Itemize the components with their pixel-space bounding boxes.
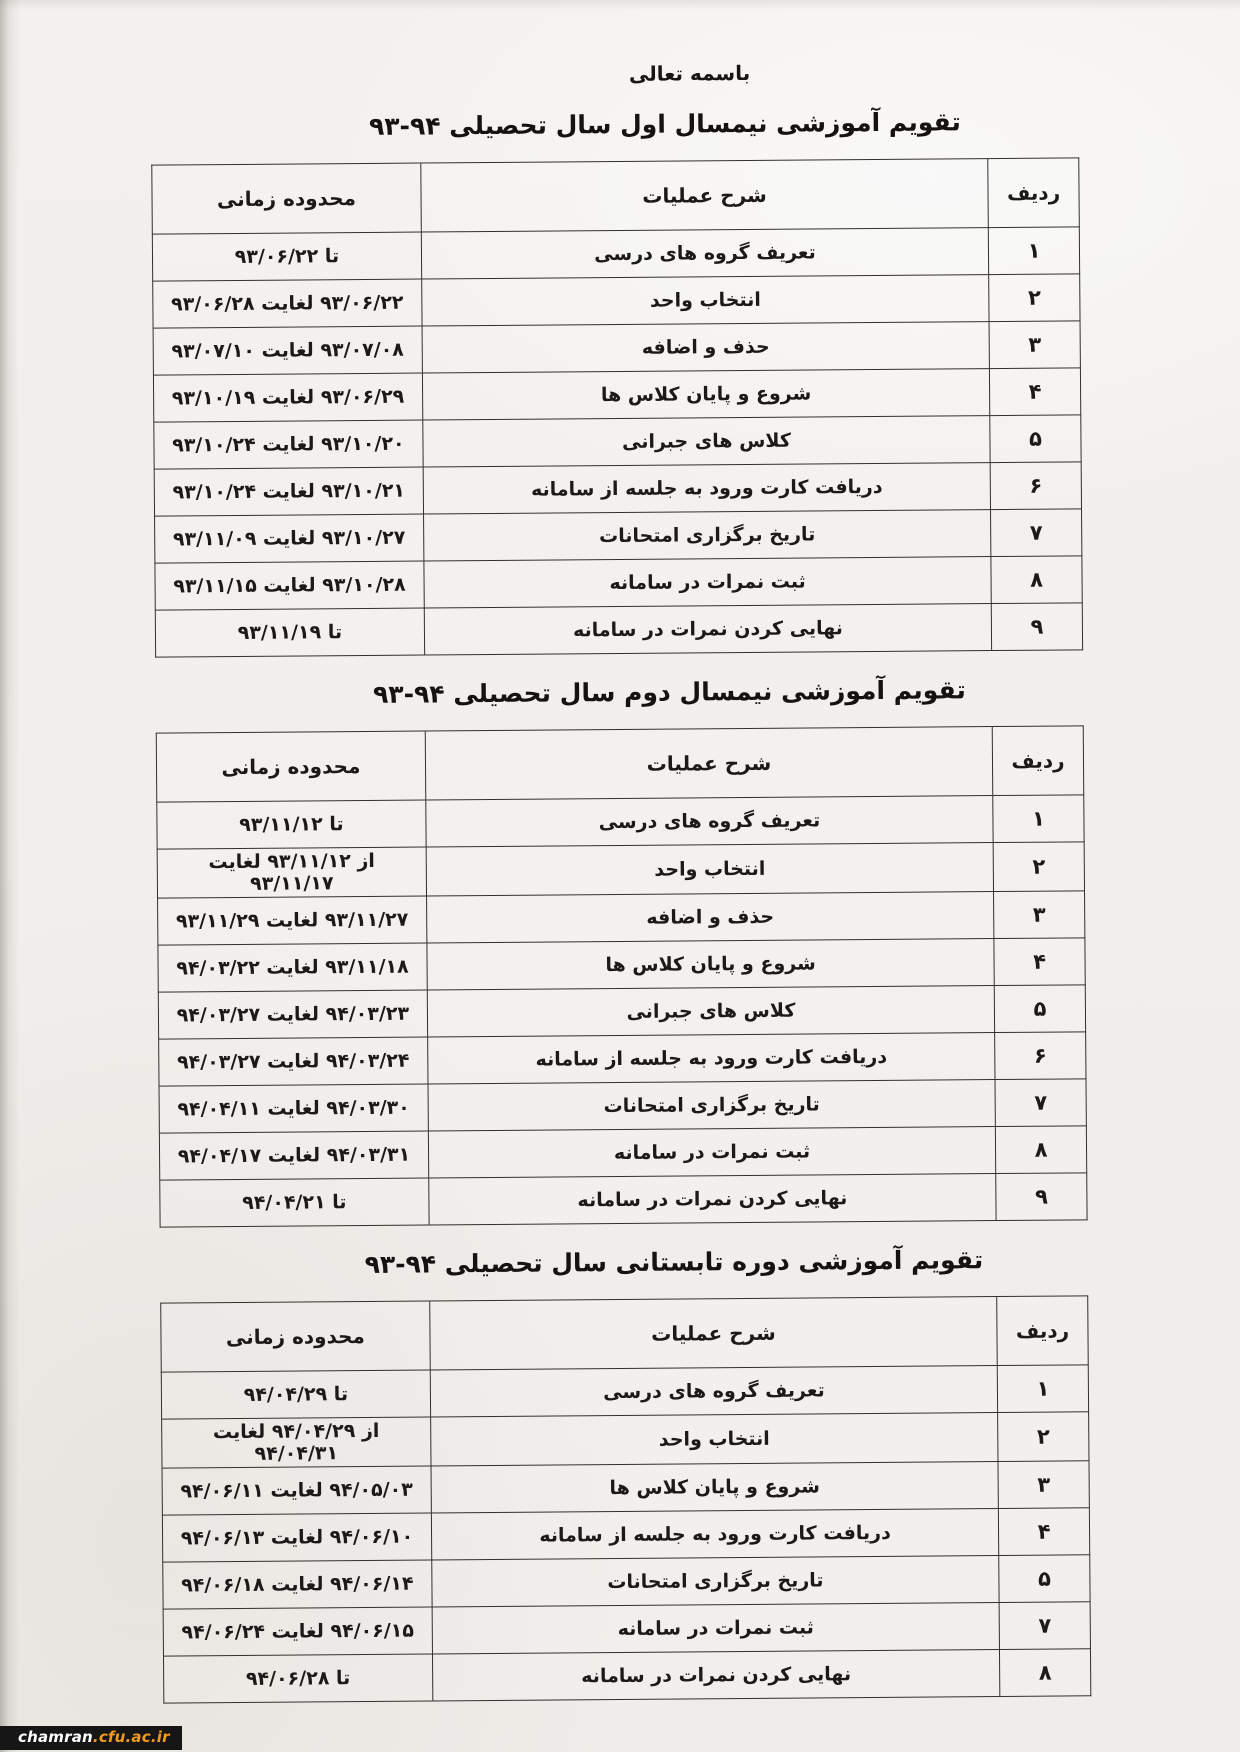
time-range-cell: ۹۴/۰۶/۱۰ لغایت ۹۴/۰۶/۱۳ bbox=[162, 1513, 431, 1562]
column-header-time-range: محدوده زمانی bbox=[152, 163, 421, 234]
row-number-cell: ۱ bbox=[988, 227, 1079, 275]
operation-cell: ثبت نمرات در سامانه bbox=[432, 1603, 1000, 1654]
table-row: ۷ تاریخ برگزاری امتحانات ۹۳/۱۰/۲۷ لغایت … bbox=[155, 509, 1082, 563]
row-number-cell: ۲ bbox=[998, 1412, 1089, 1462]
column-header-row-no: ردیف bbox=[992, 726, 1083, 796]
table-row: ۷ ثبت نمرات در سامانه ۹۴/۰۶/۱۵ لغایت ۹۴/… bbox=[163, 1602, 1090, 1656]
operation-cell: انتخاب واحد bbox=[422, 275, 990, 326]
bismillah-heading: باسمه تعالی bbox=[225, 0, 1154, 89]
calendar-table: ردیف شرح عملیات محدوده زمانی ۱ تعریف گرو… bbox=[160, 1295, 1091, 1703]
column-header-operation: شرح عملیات bbox=[425, 727, 993, 800]
table-row: ۸ ثبت نمرات در سامانه ۹۳/۱۰/۲۸ لغایت ۹۳/… bbox=[155, 556, 1082, 610]
operation-cell: تاریخ برگزاری امتحانات bbox=[428, 1080, 996, 1131]
row-number-cell: ۱ bbox=[997, 1365, 1088, 1413]
time-range-cell: تا ۹۴/۰۴/۲۱ bbox=[160, 1178, 429, 1227]
operation-cell: تعریف گروه های درسی bbox=[421, 228, 989, 279]
column-header-time-range: محدوده زمانی bbox=[161, 1301, 430, 1372]
operation-cell: تعریف گروه های درسی bbox=[430, 1366, 998, 1417]
row-number-cell: ۳ bbox=[994, 891, 1085, 939]
table-title: تقویم آموزشی دوره تابستانی سال تحصیلی ۹۴… bbox=[210, 1244, 1138, 1280]
column-header-operation: شرح عملیات bbox=[421, 159, 989, 232]
scanned-document-page: باسمه تعالی تقویم آموزشی نیمسال اول سال … bbox=[0, 0, 1240, 1752]
table-title: تقویم آموزشی نیمسال اول سال تحصیلی ۹۴-۹۳ bbox=[201, 106, 1129, 142]
table-row: ۵ کلاس های جبرانی ۹۳/۱۰/۲۰ لغایت ۹۳/۱۰/۲… bbox=[154, 415, 1081, 469]
row-number-cell: ۳ bbox=[998, 1461, 1089, 1509]
row-number-cell: ۴ bbox=[990, 368, 1081, 416]
row-number-cell: ۲ bbox=[989, 274, 1080, 322]
row-number-cell: ۶ bbox=[995, 1032, 1086, 1080]
time-range-cell: ۹۳/۰۶/۲۹ لغایت ۹۳/۱۰/۱۹ bbox=[153, 373, 422, 422]
time-range-cell: ۹۳/۰۶/۲۲ لغایت ۹۳/۰۶/۲۸ bbox=[153, 279, 422, 328]
row-number-cell: ۵ bbox=[990, 415, 1081, 463]
table-row: ۶ دریافت کارت ورود به جلسه از سامانه ۹۴/… bbox=[159, 1032, 1086, 1086]
time-range-cell: تا ۹۳/۰۶/۲۲ bbox=[152, 232, 421, 281]
table-row: ۲ انتخاب واحد ۹۳/۰۶/۲۲ لغایت ۹۳/۰۶/۲۸ bbox=[153, 274, 1080, 328]
operation-cell: شروع و پایان کلاس ها bbox=[422, 369, 990, 420]
time-range-cell: ۹۳/۱۱/۲۷ لغایت ۹۳/۱۱/۲۹ bbox=[158, 896, 427, 945]
table-row: ۳ حذف و اضافه ۹۳/۱۱/۲۷ لغایت ۹۳/۱۱/۲۹ bbox=[158, 891, 1085, 945]
column-header-time-range: محدوده زمانی bbox=[156, 731, 425, 802]
table-row: ۹ نهایی کردن نمرات در سامانه تا ۹۳/۱۱/۱۹ bbox=[155, 603, 1082, 657]
time-range-cell: ۹۴/۰۶/۱۴ لغایت ۹۴/۰۶/۱۸ bbox=[163, 1560, 432, 1609]
table-title: تقویم آموزشی نیمسال دوم سال تحصیلی ۹۴-۹۳ bbox=[205, 674, 1133, 710]
operation-cell: دریافت کارت ورود به جلسه از سامانه bbox=[427, 1033, 995, 1084]
calendar-table: ردیف شرح عملیات محدوده زمانی ۱ تعریف گرو… bbox=[151, 157, 1083, 657]
operation-cell: حذف و اضافه bbox=[422, 322, 990, 373]
column-header-row-no: ردیف bbox=[988, 158, 1079, 228]
table-header-row: ردیف شرح عملیات محدوده زمانی bbox=[152, 158, 1080, 234]
table-row: ۱ تعریف گروه های درسی تا ۹۳/۱۱/۱۲ bbox=[157, 795, 1084, 849]
table-row: ۱ تعریف گروه های درسی تا ۹۳/۰۶/۲۲ bbox=[152, 227, 1079, 281]
table-header-row: ردیف شرح عملیات محدوده زمانی bbox=[156, 726, 1084, 802]
operation-cell: انتخاب واحد bbox=[426, 843, 994, 896]
watermark-site-prefix: chamran bbox=[18, 1728, 93, 1746]
time-range-cell: تا ۹۴/۰۶/۲۸ bbox=[163, 1654, 432, 1703]
row-number-cell: ۲ bbox=[993, 842, 1084, 892]
time-range-cell: ۹۳/۱۰/۲۱ لغایت ۹۳/۱۰/۲۴ bbox=[154, 467, 423, 516]
operation-cell: نهایی کردن نمرات در سامانه bbox=[432, 1650, 1000, 1701]
table-row: ۹ نهایی کردن نمرات در سامانه تا ۹۴/۰۴/۲۱ bbox=[160, 1173, 1087, 1227]
time-range-cell: تا ۹۳/۱۱/۱۲ bbox=[157, 800, 426, 849]
time-range-cell: ۹۴/۰۳/۳۰ لغایت ۹۴/۰۴/۱۱ bbox=[159, 1084, 428, 1133]
row-number-cell: ۸ bbox=[1000, 1649, 1091, 1697]
operation-cell: نهایی کردن نمرات در سامانه bbox=[429, 1174, 997, 1225]
operation-cell: انتخاب واحد bbox=[430, 1413, 998, 1466]
column-header-operation: شرح عملیات bbox=[430, 1297, 998, 1370]
time-range-cell: ۹۳/۱۰/۲۸ لغایت ۹۳/۱۱/۱۵ bbox=[155, 561, 424, 610]
operation-cell: تعریف گروه های درسی bbox=[426, 796, 994, 847]
table-row: ۵ تاریخ برگزاری امتحانات ۹۴/۰۶/۱۴ لغایت … bbox=[163, 1555, 1090, 1609]
table-row: ۲ انتخاب واحد از ۹۴/۰۴/۲۹ لغایت ۹۴/۰۴/۳۱ bbox=[162, 1412, 1089, 1468]
time-range-cell: تا ۹۳/۱۱/۱۹ bbox=[155, 608, 424, 657]
table-row: ۴ دریافت کارت ورود به جلسه از سامانه ۹۴/… bbox=[162, 1508, 1089, 1562]
row-number-cell: ۷ bbox=[999, 1602, 1090, 1650]
operation-cell: ثبت نمرات در سامانه bbox=[428, 1127, 996, 1178]
watermark-site-suffix: .cfu.ac.ir bbox=[93, 1728, 170, 1746]
time-range-cell: ۹۴/۰۶/۱۵ لغایت ۹۴/۰۶/۲۴ bbox=[163, 1607, 432, 1656]
scan-edge-shadow bbox=[0, 0, 20, 1752]
table-row: ۵ کلاس های جبرانی ۹۴/۰۳/۲۳ لغایت ۹۴/۰۳/۲… bbox=[158, 985, 1085, 1039]
table-row: ۸ ثبت نمرات در سامانه ۹۴/۰۳/۳۱ لغایت ۹۴/… bbox=[159, 1126, 1086, 1180]
row-number-cell: ۸ bbox=[991, 556, 1082, 604]
operation-cell: حذف و اضافه bbox=[426, 892, 994, 943]
row-number-cell: ۹ bbox=[991, 603, 1082, 651]
operation-cell: شروع و پایان کلاس ها bbox=[431, 1462, 999, 1513]
operation-cell: تاریخ برگزاری امتحانات bbox=[423, 510, 991, 561]
row-number-cell: ۶ bbox=[990, 462, 1081, 510]
time-range-cell: از ۹۴/۰۴/۲۹ لغایت ۹۴/۰۴/۳۱ bbox=[162, 1417, 431, 1468]
table-row: ۱ تعریف گروه های درسی تا ۹۴/۰۴/۲۹ bbox=[161, 1365, 1088, 1419]
row-number-cell: ۷ bbox=[995, 1079, 1086, 1127]
table-row: ۳ حذف و اضافه ۹۳/۰۷/۰۸ لغایت ۹۳/۰۷/۱۰ bbox=[153, 321, 1080, 375]
table-row: ۲ انتخاب واحد از ۹۳/۱۱/۱۲ لغایت ۹۳/۱۱/۱۷ bbox=[157, 842, 1084, 898]
site-watermark: chamran.cfu.ac.ir bbox=[0, 1726, 182, 1750]
table-row: ۶ دریافت کارت ورود به جلسه از سامانه ۹۳/… bbox=[154, 462, 1081, 516]
table-row: ۷ تاریخ برگزاری امتحانات ۹۴/۰۳/۳۰ لغایت … bbox=[159, 1079, 1086, 1133]
table-row: ۴ شروع و پایان کلاس ها ۹۳/۱۱/۱۸ لغایت ۹۴… bbox=[158, 938, 1085, 992]
row-number-cell: ۵ bbox=[999, 1555, 1090, 1603]
operation-cell: نهایی کردن نمرات در سامانه bbox=[424, 604, 992, 655]
column-header-row-no: ردیف bbox=[997, 1296, 1088, 1366]
calendar-table: ردیف شرح عملیات محدوده زمانی ۱ تعریف گرو… bbox=[156, 725, 1088, 1227]
time-range-cell: ۹۴/۰۳/۲۳ لغایت ۹۴/۰۳/۲۷ bbox=[158, 990, 427, 1039]
calendar-section: تقویم آموزشی نیمسال دوم سال تحصیلی ۹۴-۹۳… bbox=[155, 674, 1087, 1227]
operation-cell: دریافت کارت ورود به جلسه از سامانه bbox=[431, 1509, 999, 1560]
operation-cell: شروع و پایان کلاس ها bbox=[427, 939, 995, 990]
operation-cell: کلاس های جبرانی bbox=[423, 416, 991, 467]
operation-cell: کلاس های جبرانی bbox=[427, 986, 995, 1037]
operation-cell: تاریخ برگزاری امتحانات bbox=[432, 1556, 1000, 1607]
row-number-cell: ۵ bbox=[994, 985, 1085, 1033]
time-range-cell: ۹۴/۰۵/۰۳ لغایت ۹۴/۰۶/۱۱ bbox=[162, 1466, 431, 1515]
calendar-section: تقویم آموزشی دوره تابستانی سال تحصیلی ۹۴… bbox=[160, 1244, 1092, 1703]
time-range-cell: ۹۳/۱۱/۱۸ لغایت ۹۴/۰۳/۲۲ bbox=[158, 943, 427, 992]
document-sheet: باسمه تعالی تقویم آموزشی نیمسال اول سال … bbox=[150, 0, 1091, 1704]
time-range-cell: ۹۳/۰۷/۰۸ لغایت ۹۳/۰۷/۱۰ bbox=[153, 326, 422, 375]
operation-cell: ثبت نمرات در سامانه bbox=[424, 557, 992, 608]
time-range-cell: از ۹۳/۱۱/۱۲ لغایت ۹۳/۱۱/۱۷ bbox=[157, 847, 426, 898]
row-number-cell: ۳ bbox=[989, 321, 1080, 369]
row-number-cell: ۷ bbox=[991, 509, 1082, 557]
table-row: ۸ نهایی کردن نمرات در سامانه تا ۹۴/۰۶/۲۸ bbox=[163, 1649, 1090, 1703]
row-number-cell: ۸ bbox=[996, 1126, 1087, 1174]
time-range-cell: ۹۴/۰۳/۳۱ لغایت ۹۴/۰۴/۱۷ bbox=[159, 1131, 428, 1180]
time-range-cell: تا ۹۴/۰۴/۲۹ bbox=[161, 1370, 430, 1419]
table-row: ۳ شروع و پایان کلاس ها ۹۴/۰۵/۰۳ لغایت ۹۴… bbox=[162, 1461, 1089, 1515]
calendar-tables-container: تقویم آموزشی نیمسال اول سال تحصیلی ۹۴-۹۳… bbox=[151, 106, 1091, 1703]
row-number-cell: ۱ bbox=[993, 795, 1084, 843]
row-number-cell: ۴ bbox=[999, 1508, 1090, 1556]
table-row: ۴ شروع و پایان کلاس ها ۹۳/۰۶/۲۹ لغایت ۹۳… bbox=[153, 368, 1080, 422]
table-header-row: ردیف شرح عملیات محدوده زمانی bbox=[161, 1296, 1089, 1372]
operation-cell: دریافت کارت ورود به جلسه از سامانه bbox=[423, 463, 991, 514]
time-range-cell: ۹۳/۱۰/۲۷ لغایت ۹۳/۱۱/۰۹ bbox=[155, 514, 424, 563]
row-number-cell: ۴ bbox=[994, 938, 1085, 986]
time-range-cell: ۹۴/۰۳/۲۴ لغایت ۹۴/۰۳/۲۷ bbox=[159, 1037, 428, 1086]
calendar-section: تقویم آموزشی نیمسال اول سال تحصیلی ۹۴-۹۳… bbox=[151, 106, 1083, 657]
row-number-cell: ۹ bbox=[996, 1173, 1087, 1221]
time-range-cell: ۹۳/۱۰/۲۰ لغایت ۹۳/۱۰/۲۴ bbox=[154, 420, 423, 469]
